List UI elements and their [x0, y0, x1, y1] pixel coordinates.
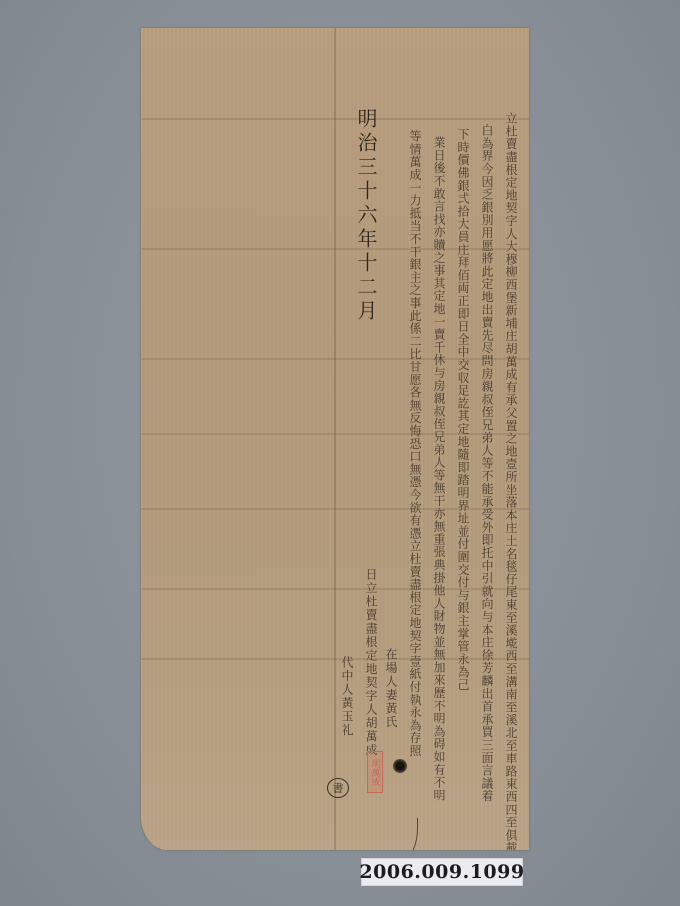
date-line: 明治三十六年十二月: [356, 108, 376, 324]
horizontal-fold-line: [141, 248, 529, 250]
closing-flourish-stroke: [404, 818, 418, 850]
vertical-fold-line: [334, 28, 336, 850]
deed-body-column-4: 業日後不敢言找亦贖之事其定地一賣千休与房親叔侄兄弟人等無干亦無重張典掛他人財物並…: [433, 136, 445, 850]
horizontal-fold-line: [141, 358, 529, 360]
deed-body-column-1: 立杜賣盡根定地契字人大穆柳西堡新埔庄胡萬成有承父置之地壹所坐落本庄土名毯仔尾東至…: [505, 112, 517, 850]
horizontal-fold-line: [141, 658, 529, 660]
deed-document: 明治三十六年十二月 立杜賣盡根定地契字人大穆柳西堡新埔庄胡萬成有承父置之地壹所坐…: [141, 28, 529, 850]
deed-body-column-5: 等情萬成一力抵当不干銀主之事此係二比甘愿各無反悔恐口無憑今欲有憑立杜賣盡根定地契…: [409, 130, 421, 790]
ink-fingerprint-mark: [393, 759, 407, 773]
horizontal-fold-line: [141, 508, 529, 510]
seller-signature: 日立杜賣盡根定地契字人胡萬成: [365, 568, 377, 757]
horizontal-fold-line: [141, 588, 529, 590]
witness-signature: 在場人妻黃氏: [385, 648, 397, 729]
accession-number-label: 2006.009.1099: [361, 858, 523, 886]
deed-body-column-2: 白為界今因乏銀別用愿將此定地出賣先尽問房親叔侄兄弟人等不能承受外即托中引就向与本…: [481, 124, 493, 850]
horizontal-fold-line: [141, 118, 529, 120]
horizontal-fold-line: [141, 433, 529, 435]
red-seal-stamp: 胡萬成: [367, 751, 383, 793]
middleman-signature: 代中人黃玉礼: [341, 656, 353, 737]
round-seal-stamp: 書: [327, 778, 349, 798]
deed-body-column-3: 下時價佛銀弍拾大員庄拜佰両正即日全中交収足訖其定地隨即踏明界址並付圍交付与銀主掌…: [457, 128, 469, 828]
